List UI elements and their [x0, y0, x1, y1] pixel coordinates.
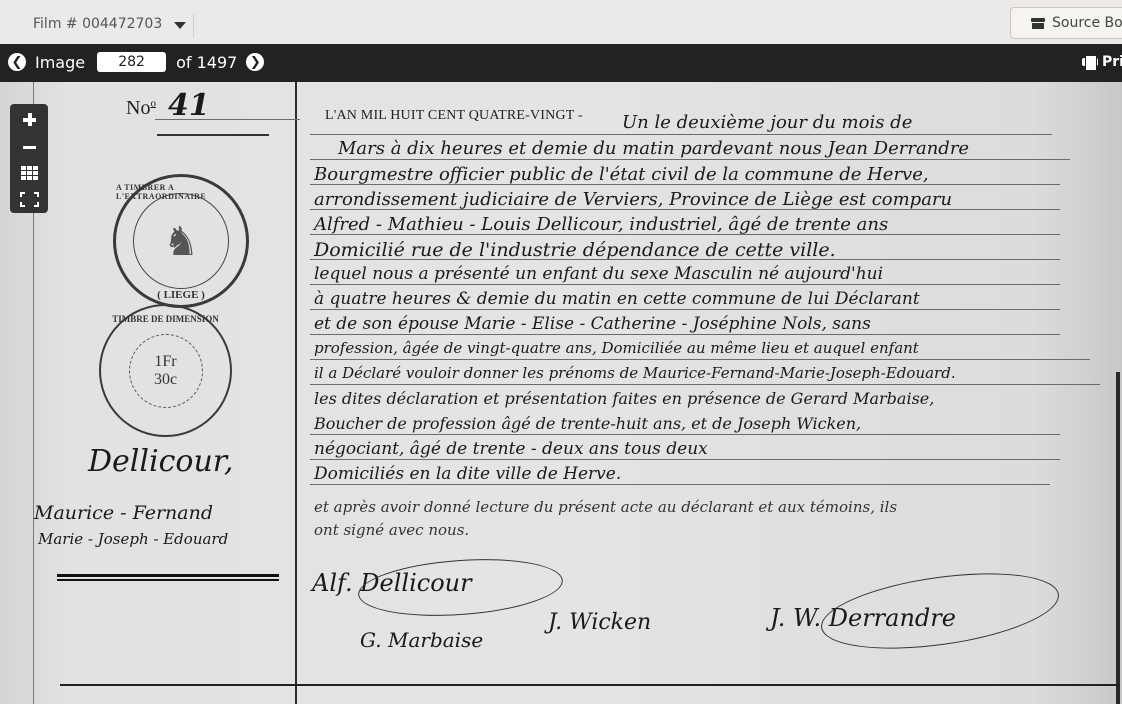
stamp-value-francs: 1Fr: [154, 353, 176, 371]
text-line-17: ont signé avec nous.: [314, 521, 469, 539]
document-image[interactable]: Noo 41 ♞ A TIMBRER A L'EXTRAORDINAIRE ( …: [0, 82, 1122, 704]
chevron-right-icon: ❯: [250, 56, 261, 69]
thumbnail-grid-button[interactable]: [10, 160, 48, 186]
signature-witness-2: J. Wicken: [548, 610, 651, 635]
right-page-edge: [1116, 372, 1120, 704]
margin-double-rule: [57, 574, 279, 577]
ruled-line: [310, 184, 1060, 185]
ruled-line: [310, 309, 1060, 310]
ruled-line: [310, 359, 1090, 360]
stamp-value-centimes: 30c: [154, 371, 177, 389]
stamp-top-text: A TIMBRER A L'EXTRAORDINAIRE: [116, 183, 246, 201]
text-line-7: lequel nous a présenté un enfant du sexe…: [314, 264, 883, 284]
record-number-underline-2: [157, 134, 269, 136]
ruled-line: [310, 284, 1060, 285]
image-label: Image: [35, 53, 85, 72]
top-header: Film # 004472703 Source Bo: [0, 0, 1122, 44]
ruled-line: [310, 384, 1100, 385]
text-line-10: profession, âgée de vingt-quatre ans, Do…: [314, 339, 919, 357]
fullscreen-icon: [20, 192, 39, 207]
printer-icon: [1082, 54, 1098, 70]
text-line-5: Alfred - Mathieu - Louis Dellicour, indu…: [314, 214, 888, 235]
next-image-button[interactable]: ❯: [246, 53, 264, 71]
source-box-button[interactable]: Source Bo: [1010, 7, 1122, 39]
text-line-14: négociant, âgé de trente - deux ans tous…: [314, 439, 708, 459]
lion-emblem-icon: ♞: [163, 218, 199, 265]
ruled-line: [310, 459, 1060, 460]
text-line-15: Domiciliés en la dite ville de Herve.: [314, 464, 621, 484]
ruled-line: [310, 434, 1060, 435]
text-line-3: Bourgmestre officier public de l'état ci…: [314, 164, 929, 185]
plus-icon: [23, 113, 36, 126]
ruled-line: [310, 259, 1060, 260]
source-box-label: Source Bo: [1052, 15, 1122, 31]
bottom-rule: [60, 684, 1120, 686]
stamp-top-bottom-text: ( LIEGE ): [157, 289, 205, 301]
image-total-label: of 1497: [176, 53, 237, 72]
film-number-label: Film # 004472703: [33, 16, 162, 32]
film-selector[interactable]: Film # 004472703: [33, 16, 186, 32]
text-line-8: à quatre heures & demie du matin en cett…: [314, 289, 920, 309]
signature-flourish: [816, 561, 1063, 662]
zoom-controls: [10, 104, 48, 213]
column-divider: [295, 82, 297, 704]
ruled-line: [310, 334, 1060, 335]
record-number: 41: [168, 88, 210, 123]
margin-given-names-1: Maurice - Fernand: [34, 502, 213, 524]
previous-image-button[interactable]: ❮: [8, 53, 26, 71]
print-label: Pri: [1102, 54, 1122, 70]
margin-double-rule-2: [57, 579, 279, 581]
printed-year-prefix: L'AN MIL HUIT CENT QUATRE-VINGT -: [325, 108, 583, 124]
text-line-6: Domicilié rue de l'industrie dépendance …: [314, 239, 836, 261]
dimension-stamp: TIMBRE DE DIMENSION 1Fr 30c: [99, 304, 232, 437]
text-line-2: Mars à dix heures et demie du matin pard…: [338, 138, 969, 159]
image-viewer[interactable]: Noo 41 ♞ A TIMBRER A L'EXTRAORDINAIRE ( …: [0, 82, 1122, 704]
print-button[interactable]: Pri: [1082, 54, 1122, 70]
grid-icon: [21, 166, 38, 180]
extraordinary-stamp: ♞ A TIMBRER A L'EXTRAORDINAIRE ( LIEGE ): [113, 174, 249, 308]
chevron-left-icon: ❮: [12, 56, 23, 69]
chevron-down-icon[interactable]: [174, 22, 186, 29]
signature-witness-1: G. Marbaise: [360, 628, 483, 652]
ruled-line: [310, 484, 1050, 485]
text-line-9: et de son épouse Marie - Elise - Catheri…: [314, 314, 871, 334]
record-number-label: Noo: [126, 97, 156, 120]
record-number-underline: [155, 119, 300, 120]
minus-icon: [23, 146, 36, 149]
signature-flourish: [356, 553, 564, 622]
image-number-input[interactable]: [97, 52, 166, 72]
image-navigation-bar: ❮ Image of 1497 ❯ Pri: [0, 44, 1122, 82]
text-line-12: les dites déclaration et présentation fa…: [314, 389, 934, 408]
zoom-in-button[interactable]: [10, 106, 48, 132]
text-line-1: Un le deuxième jour du mois de: [622, 112, 912, 133]
ruled-line: [310, 209, 1060, 210]
text-line-13: Boucher de profession âgé de trente-huit…: [314, 414, 861, 433]
fullscreen-button[interactable]: [10, 186, 48, 212]
text-line-4: arrondissement judiciaire de Verviers, P…: [314, 189, 952, 210]
divider: [193, 14, 194, 38]
archive-box-icon: [1031, 18, 1045, 29]
ruled-line: [310, 159, 1070, 160]
stamp-bottom-text: TIMBRE DE DIMENSION: [112, 314, 219, 324]
ruled-line: [310, 234, 1060, 235]
text-line-16: et après avoir donné lecture du présent …: [314, 498, 897, 516]
text-line-11: il a Déclaré vouloir donner les prénoms …: [314, 364, 956, 382]
zoom-out-button[interactable]: [10, 134, 48, 160]
margin-surname: Dellicour,: [88, 444, 233, 479]
ruled-line: [310, 134, 1052, 135]
margin-given-names-2: Marie - Joseph - Edouard: [38, 530, 228, 548]
